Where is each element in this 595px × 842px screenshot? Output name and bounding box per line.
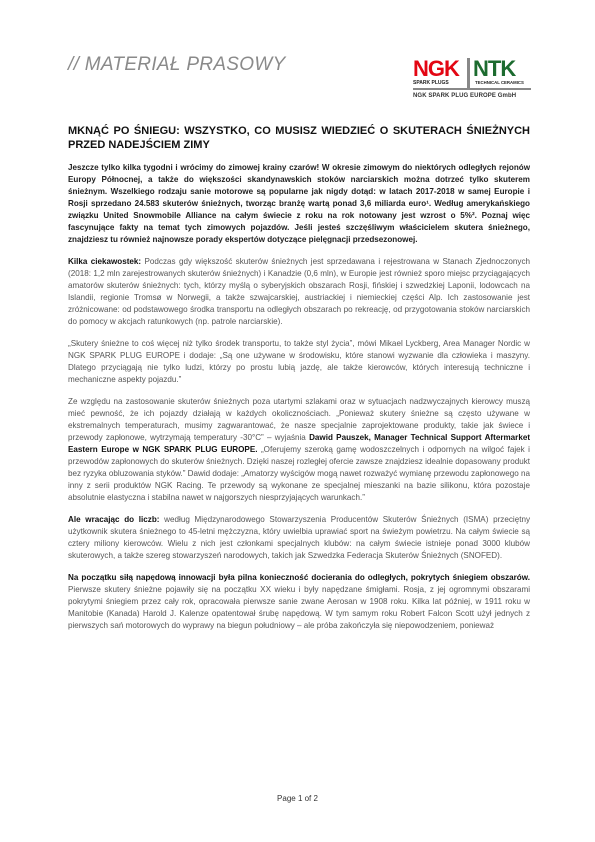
page-number: Page 1 of 2: [0, 794, 595, 803]
paragraph-quote-pauszek: Ze względu na zastosowanie skuterów śnie…: [68, 396, 530, 504]
paragraph-history-heading: Na początku siłą napędową innowacji była…: [68, 573, 530, 582]
logo-underline: [413, 88, 531, 90]
article-title: MKNĄĆ PO ŚNIEGU: WSZYSTKO, CO MUSISZ WIE…: [68, 124, 530, 152]
logo-company-name: NGK SPARK PLUG EUROPE GmbH: [413, 93, 516, 99]
logo-ngk: NGK: [413, 58, 459, 80]
paragraph-trivia-heading: Kilka ciekawostek:: [68, 257, 141, 266]
article-body: MKNĄĆ PO ŚNIEGU: WSZYSTKO, CO MUSISZ WIE…: [68, 124, 530, 642]
paragraph-numbers: Ale wracając do liczb: według Międzynaro…: [68, 514, 530, 562]
paragraph-numbers-heading: Ale wracając do liczb:: [68, 515, 159, 524]
paragraph-history: Na początku siłą napędową innowacji była…: [68, 572, 530, 632]
paragraph-quote-lyckberg: „Skutery śnieżne to coś więcej niż tylko…: [68, 338, 530, 386]
logo-ngk-subtitle: SPARK PLUGS: [413, 80, 449, 86]
ngk-ntk-logo: NGK NTK SPARK PLUGS TECHNICAL CERAMICS N…: [413, 58, 531, 104]
paragraph-trivia: Kilka ciekawostek: Podczas gdy większość…: [68, 256, 530, 328]
logo-ntk-subtitle: TECHNICAL CERAMICS: [475, 80, 524, 85]
press-material-label: // MATERIAŁ PRASOWY: [68, 54, 286, 76]
logo-divider: [467, 58, 470, 88]
article-lead: Jeszcze tylko kilka tygodni i wrócimy do…: [68, 162, 530, 246]
logo-ntk: NTK: [473, 58, 515, 80]
